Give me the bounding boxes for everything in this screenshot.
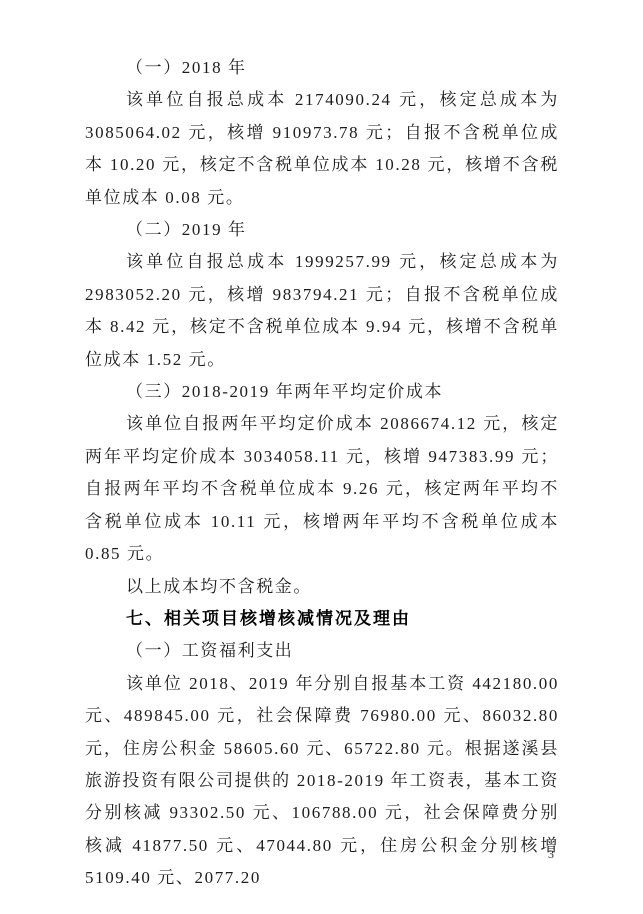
subsection-title-2018: （一）2018 年 [85,52,559,84]
paragraph-two-year-average-figures: 该单位自报两年平均定价成本 2086674.12 元，核定两年平均定价成本 30… [85,408,559,570]
paragraph-tax-note: 以上成本均不含税金。 [85,571,559,603]
paragraph-2018-cost-figures: 该单位自报总成本 2174090.24 元，核定总成本为 3085064.02 … [85,84,559,214]
subsection-title-wage-welfare: （一）工资福利支出 [85,635,559,667]
section-heading-item-seven: 七、相关项目核增核减情况及理由 [85,603,559,635]
document-page: （一）2018 年 该单位自报总成本 2174090.24 元，核定总成本为 3… [0,0,643,914]
subsection-title-two-year-average: （三）2018-2019 年两年平均定价成本 [85,376,559,408]
paragraph-wage-welfare-figures: 该单位 2018、2019 年分别自报基本工资 442180.00 元、4898… [85,668,559,895]
subsection-title-2019: （二）2019 年 [85,214,559,246]
paragraph-2019-cost-figures: 该单位自报总成本 1999257.99 元，核定总成本为 2983052.20 … [85,246,559,376]
document-body: （一）2018 年 该单位自报总成本 2174090.24 元，核定总成本为 3… [85,52,559,895]
page-number: 3 [548,846,554,862]
